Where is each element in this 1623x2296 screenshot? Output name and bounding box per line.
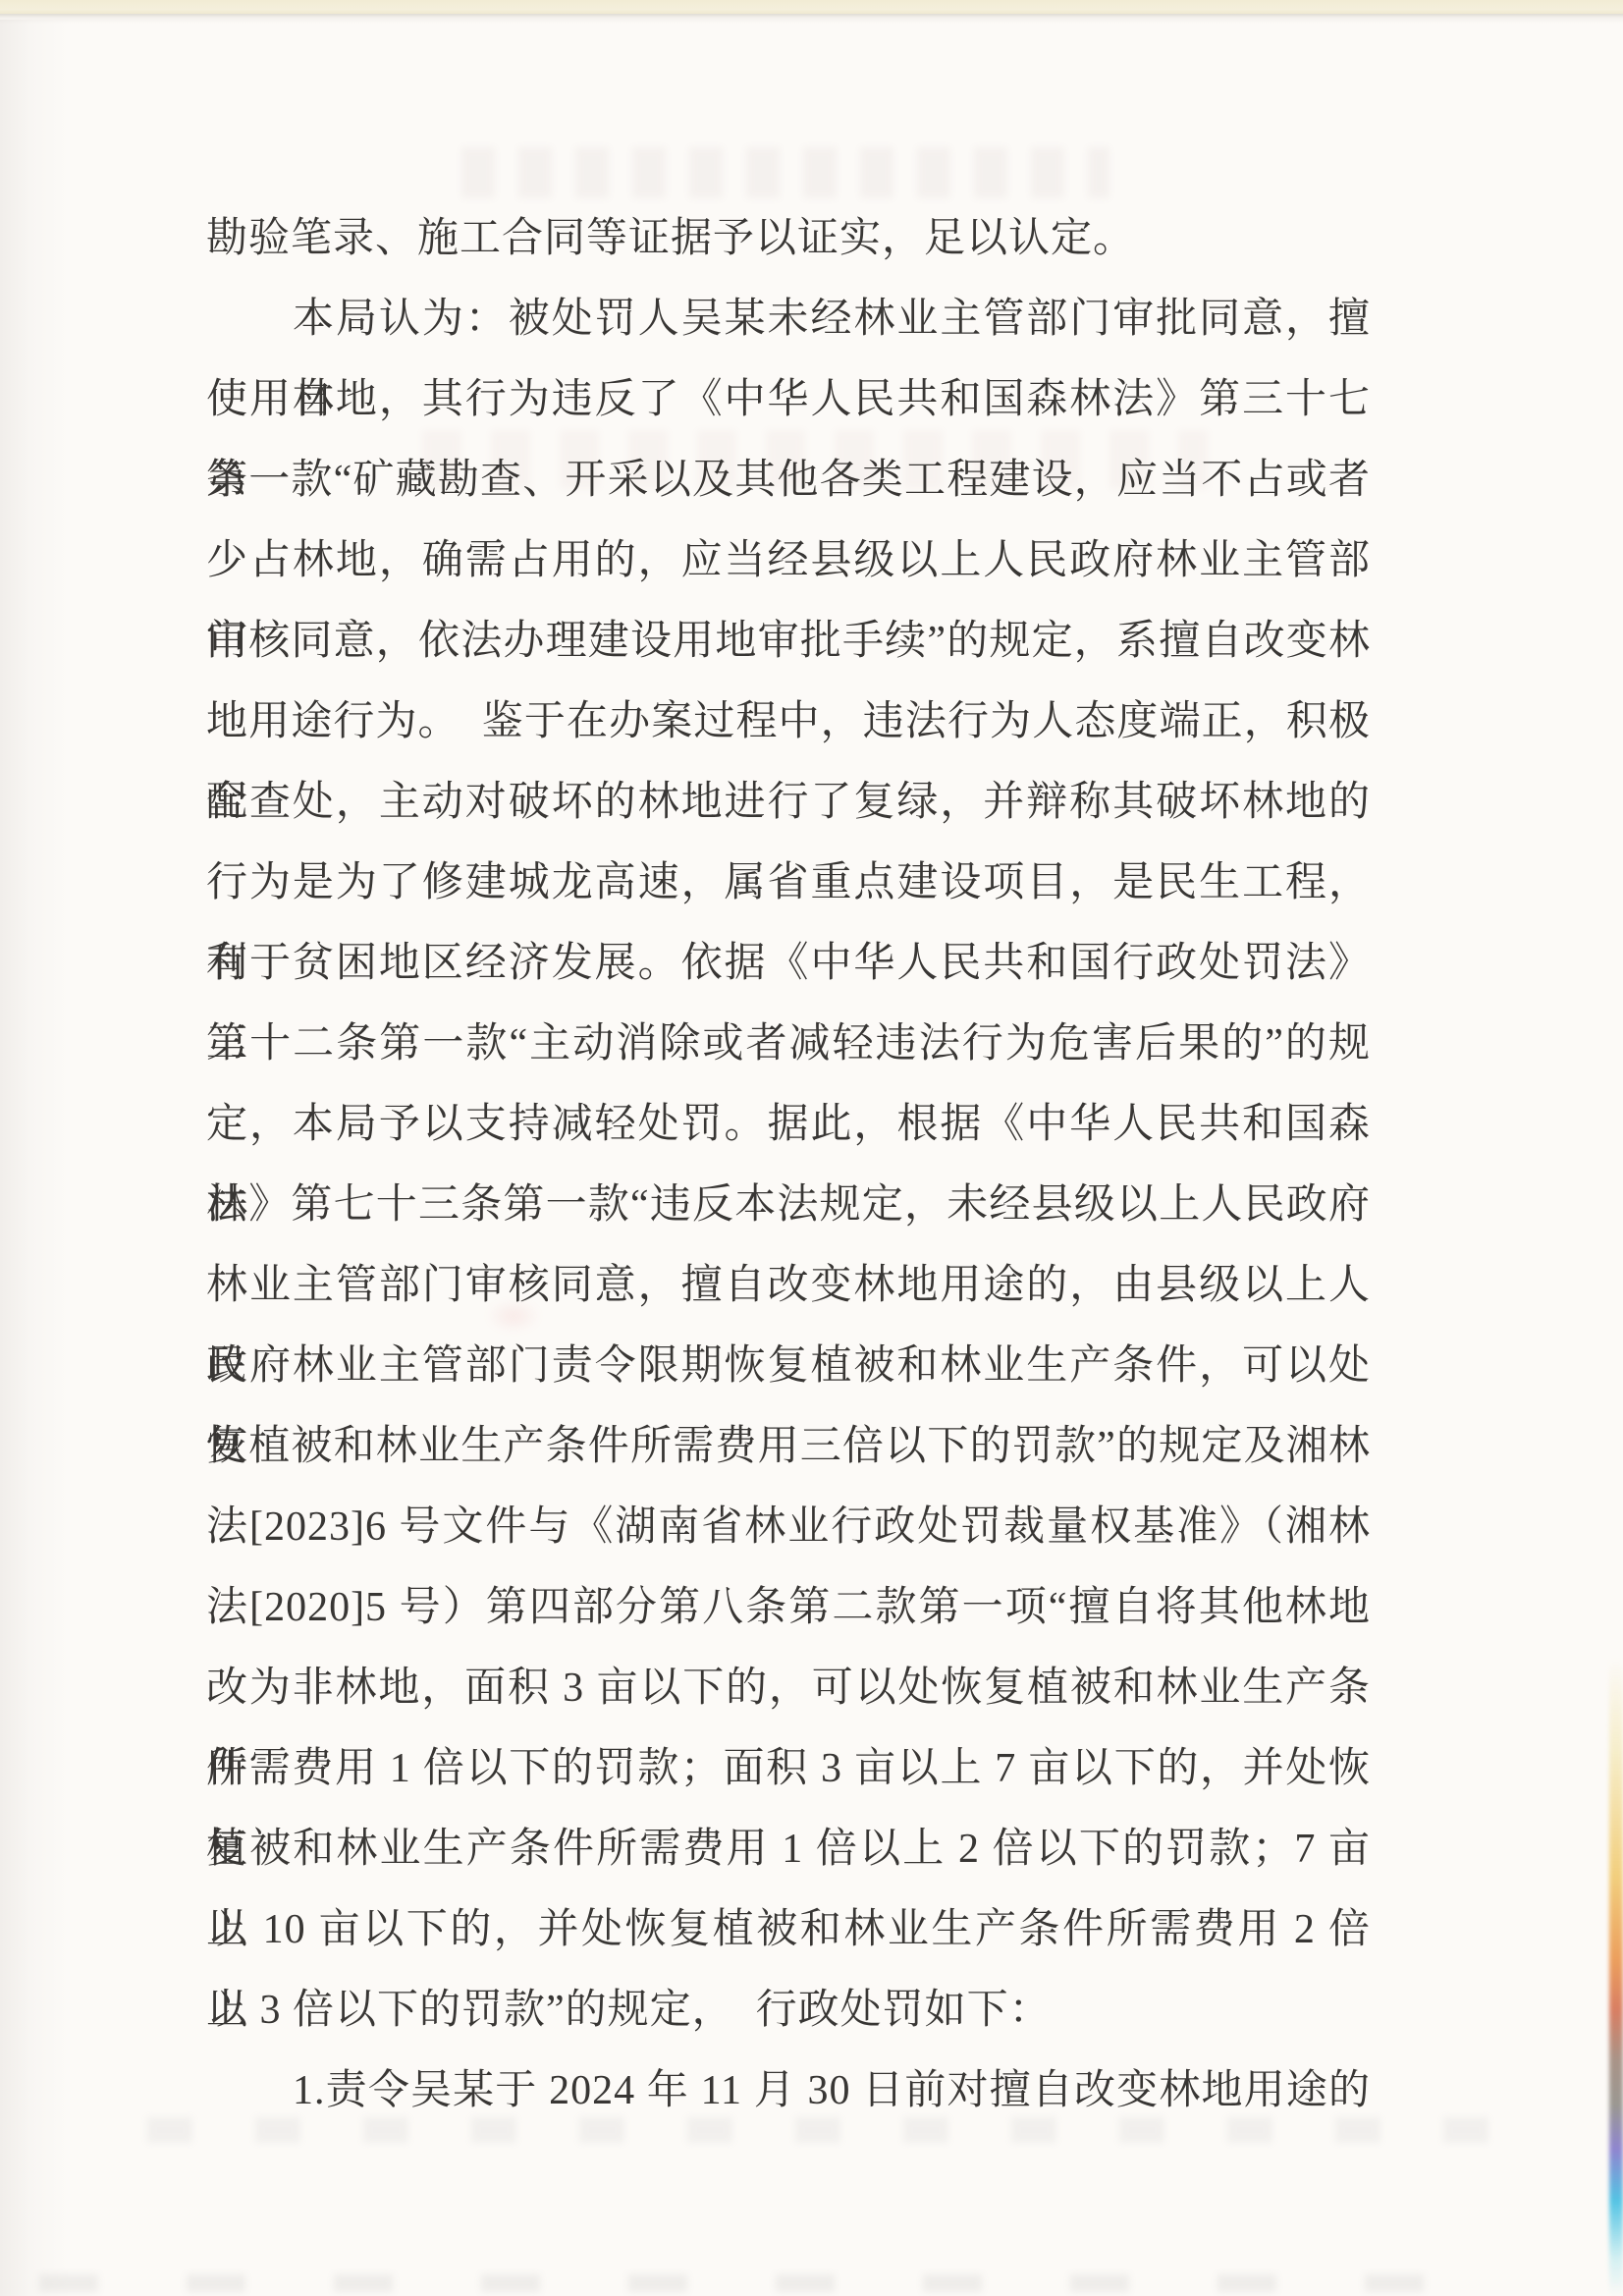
document-line: 法[2020]5 号）第四部分第八条第二款第一项“擅自将其他林地 [206,1567,1371,1648]
document-line: 林业主管部门审核同意，擅自改变林地用途的，由县级以上人民 [206,1245,1371,1326]
document-line: 法[2023]6 号文件与《湖南省林业行政处罚裁量权基准》（湘林 [206,1487,1371,1567]
document-line: 植被和林业生产条件所需费用 1 倍以上 2 倍以下的罚款；7 亩以 [206,1809,1371,1889]
document-line: 改为非林地，面积 3 亩以下的，可以处恢复植被和林业生产条件 [206,1648,1371,1728]
document-line: 所需费用 1 倍以下的罚款；面积 3 亩以上 7 亩以下的，并处恢复 [206,1728,1371,1809]
document-text-block: 勘验笔录、施工合同等证据予以证实，足以认定。本局认为：被处罚人吴某未经林业主管部… [206,198,1371,2131]
document-line: 上 10 亩以下的，并处恢复植被和林业生产条件所需费用 2 倍以 [206,1889,1371,1970]
document-line: 本局认为：被处罚人吴某未经林业主管部门审批同意，擅自 [206,279,1371,359]
scanned-document-page: 勘验笔录、施工合同等证据予以证实，足以认定。本局认为：被处罚人吴某未经林业主管部… [0,0,1623,2296]
bleed-through-artifact [461,147,1109,198]
document-line: 勘验笔录、施工合同等证据予以证实，足以认定。 [206,198,1371,279]
document-line: 定，本局予以支持减轻处罚。据此，根据《中华人民共和国森林 [206,1084,1371,1165]
document-line: 上 3 倍以下的罚款”的规定， 行政处罚如下： [206,1970,1371,2050]
document-line: 第一款“矿藏勘查、开采以及其他各类工程建设，应当不占或者 [206,440,1371,520]
bleed-through-artifact [39,2274,1473,2292]
scan-left-shading [0,20,69,2296]
page-edge-shadow [0,14,1623,24]
scanner-edge-strip [0,0,1623,14]
document-line: 合查处，主动对破坏的林地进行了复绿，并辩称其破坏林地的 [206,762,1371,843]
document-line: 法》第七十三条第一款“违反本法规定，未经县级以上人民政府 [206,1165,1371,1245]
document-line: 利于贫困地区经济发展。依据《中华人民共和国行政处罚法》第 [206,923,1371,1004]
document-line: 复植被和林业生产条件所需费用三倍以下的罚款”的规定及湘林 [206,1406,1371,1487]
document-line: 行为是为了修建城龙高速，属省重点建设项目，是民生工程，有 [206,843,1371,923]
document-line: 少占林地，确需占用的，应当经县级以上人民政府林业主管部门 [206,520,1371,601]
document-line: 使用林地，其行为违反了《中华人民共和国森林法》第三十七条 [206,359,1371,440]
document-line: 审核同意，依法办理建设用地审批手续”的规定，系擅自改变林 [206,601,1371,682]
document-line: 1.责令吴某于 2024 年 11 月 30 日前对擅自改变林地用途的 [206,2050,1371,2131]
document-line: 地用途行为。 鉴于在办案过程中，违法行为人态度端正，积极配 [206,682,1371,762]
document-line: 政府林业主管部门责令限期恢复植被和林业生产条件，可以处恢 [206,1326,1371,1406]
document-line: 三十二条第一款“主动消除或者减轻违法行为危害后果的”的规 [206,1004,1371,1084]
scan-color-artifact [1609,1660,1623,2296]
